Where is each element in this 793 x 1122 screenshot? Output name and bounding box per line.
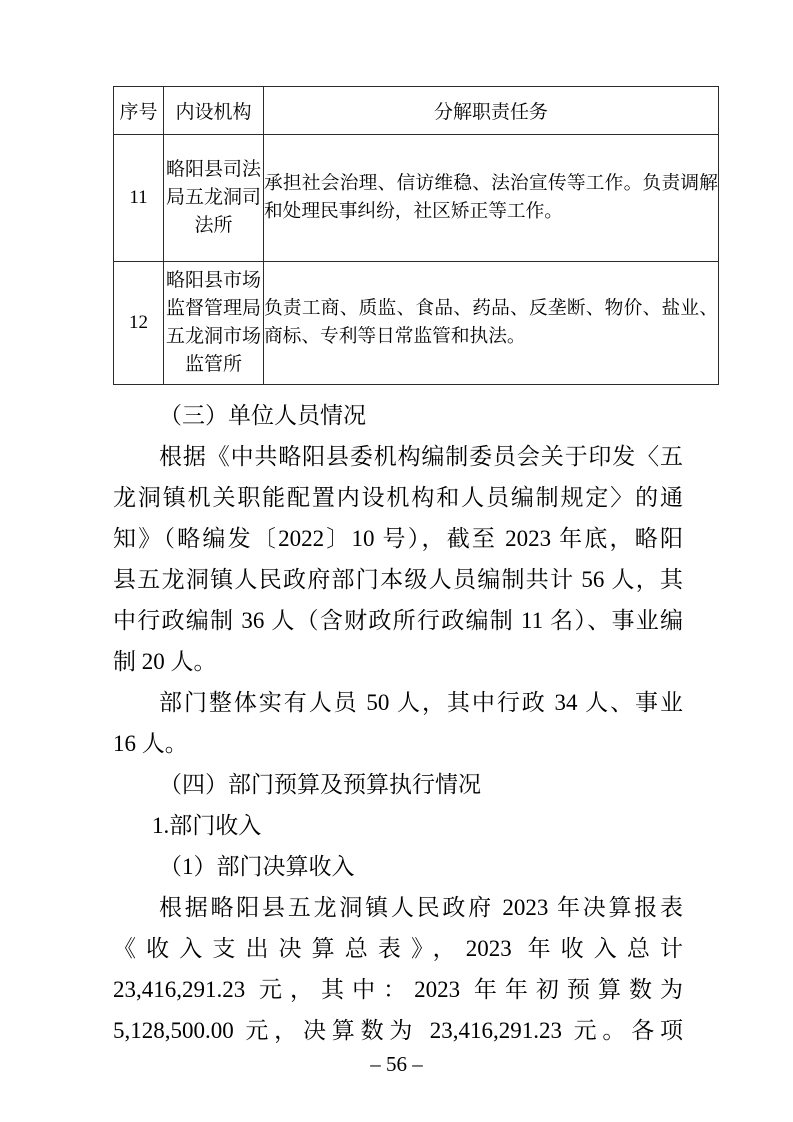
page-number: – 56 – <box>0 1050 793 1078</box>
row-org-name: 略阳县市场监督管理局五龙洞市场监管所 <box>164 262 264 385</box>
column-header-duty: 分解职责任务 <box>264 87 719 135</box>
body-line: 5,128,500.00 元，决算数为 23,416,291.23 元。各项 <box>113 1010 683 1051</box>
body-line: 16 人。 <box>113 723 683 764</box>
table-row: 12 略阳县市场监督管理局五龙洞市场监管所 负责工商、质监、食品、药品、反垄断、… <box>114 262 719 385</box>
body-line: 制 20 人。 <box>113 641 683 682</box>
sub-heading: （1）部门决算收入 <box>113 846 683 887</box>
row-duty-text: 负责工商、质监、食品、药品、反垄断、物价、盐业、商标、专利等日常监管和执法。 <box>264 262 719 385</box>
body-line: 根据《中共略阳县委机构编制委员会关于印发〈五 <box>113 436 683 477</box>
column-header-seq: 序号 <box>114 87 164 135</box>
body-line: 龙洞镇机关职能配置内设机构和人员编制规定〉的通 <box>113 477 683 518</box>
body-line: 中行政编制 36 人（含财政所行政编制 11 名）、事业编 <box>113 600 683 641</box>
body-line: 根据略阳县五龙洞镇人民政府 2023 年决算报表 <box>113 887 683 928</box>
table-row: 11 略阳县司法局五龙洞司法所 承担社会治理、信访维稳、法治宣传等工作。负责调解… <box>114 135 719 262</box>
section-heading: （三）单位人员情况 <box>113 395 683 436</box>
document-body: （三）单位人员情况 根据《中共略阳县委机构编制委员会关于印发〈五 龙洞镇机关职能… <box>113 395 683 1051</box>
body-line: 《收入支出决算总表》，2023 年收入总计 <box>113 928 683 969</box>
sub-heading: 1.部门收入 <box>113 805 683 846</box>
row-seq-number: 12 <box>114 262 164 385</box>
body-line: 23,416,291.23 元，其中：2023 年年初预算数为 <box>113 969 683 1010</box>
duties-table: 序号 内设机构 分解职责任务 11 略阳县司法局五龙洞司法所 承担社会治理、信访… <box>113 86 719 385</box>
body-line: 县五龙洞镇人民政府部门本级人员编制共计 56 人，其 <box>113 559 683 600</box>
section-heading: （四）部门预算及预算执行情况 <box>113 764 683 805</box>
row-duty-text: 承担社会治理、信访维稳、法治宣传等工作。负责调解和处理民事纠纷，社区矫正等工作。 <box>264 135 719 262</box>
document-page: 序号 内设机构 分解职责任务 11 略阳县司法局五龙洞司法所 承担社会治理、信访… <box>0 0 793 1122</box>
table-header-row: 序号 内设机构 分解职责任务 <box>114 87 719 135</box>
body-line: 部门整体实有人员 50 人，其中行政 34 人、事业 <box>113 682 683 723</box>
row-org-name: 略阳县司法局五龙洞司法所 <box>164 135 264 262</box>
row-seq-number: 11 <box>114 135 164 262</box>
column-header-org: 内设机构 <box>164 87 264 135</box>
body-line: 知》（略编发〔2022〕10 号），截至 2023 年底，略阳 <box>113 518 683 559</box>
